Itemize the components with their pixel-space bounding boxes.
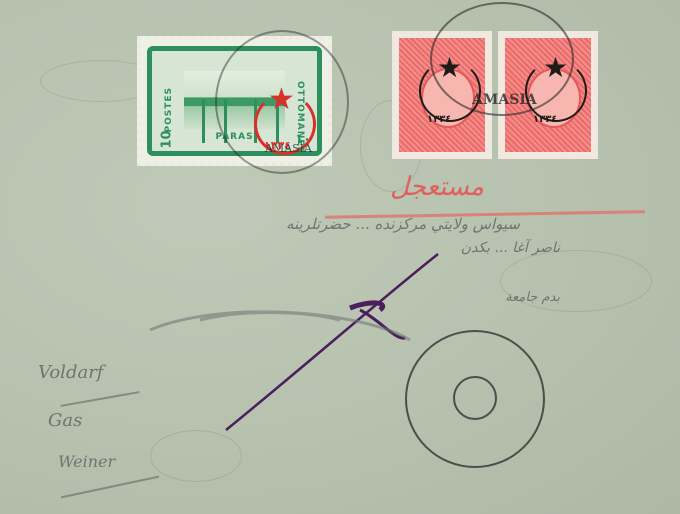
postmark-town: AMASIA [265,142,312,155]
cancel-red-stamps: AMASIA [430,2,574,116]
address-line: سيواس ولايتي مركزنده ... حضرتلرينه [80,215,520,233]
cancel-green-stamp: AMASIA [215,30,349,174]
pencil-note-line: Gas [48,410,82,431]
stamp-value-left: 10 [160,130,175,148]
envelope: ★ ١٣٣٤ POSTES OTTOMANES PARAS 10 ١٠ ★ ١٣… [0,0,680,514]
seal-inner-ring [453,376,497,420]
stamp-left-text: POSTES [164,87,174,133]
pencil-swirl [140,290,420,360]
overprint-year: ١٣٣٤ [427,114,451,125]
postmark-town: AMASIA [472,92,537,108]
pencil-note-line: Weiner [58,452,115,471]
pencil-underline [61,476,159,499]
pencil-underline [60,391,139,407]
pencil-note-line: Voldarf [38,362,103,383]
red-crayon-marking: مستعجل [390,172,484,202]
overprint-year: ١٣٣٤ [533,114,557,125]
